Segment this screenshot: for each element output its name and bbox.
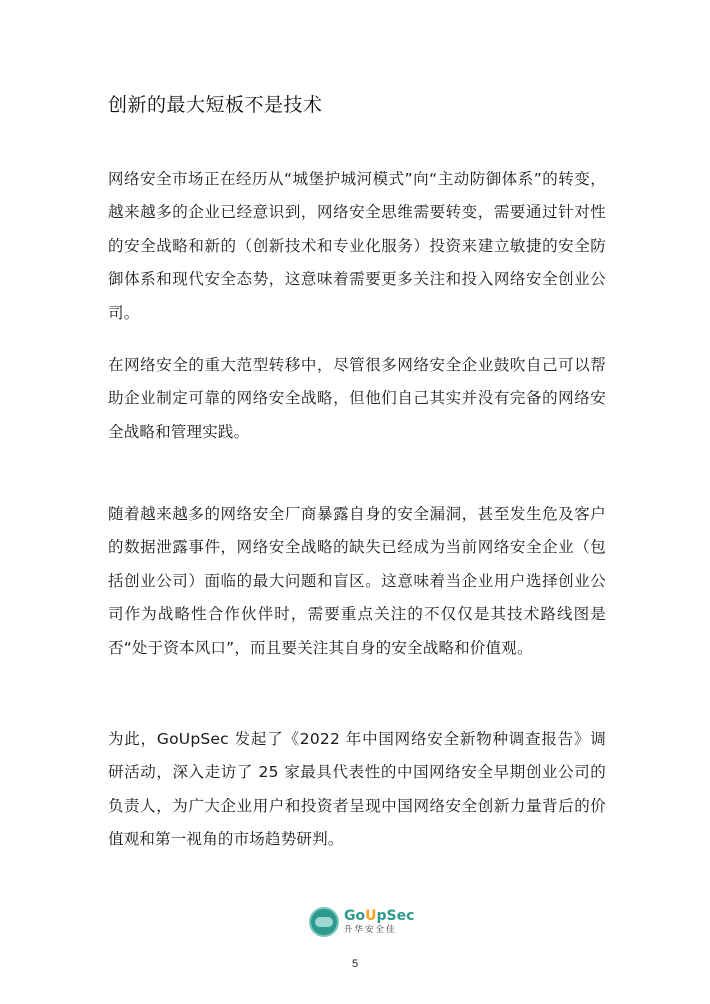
logo-text: GoUpSec 升华安全佳 [344,909,414,935]
logo-name-suffix: pSec [376,908,414,924]
paragraph-2: 在网络安全的重大范型转移中，尽管很多网络安全企业鼓吹自己可以帮助企业制定可靠的网… [108,349,606,449]
logo-name-highlight: U [365,908,376,924]
document-page: 创新的最大短板不是技术 网络安全市场正在经历从“城堡护城河模式”向“主动防御体系… [0,0,710,1004]
badge-seal-inner [315,917,333,927]
logo-subtitle: 升华安全佳 [344,926,414,935]
paragraph-1: 网络安全市场正在经历从“城堡护城河模式”向“主动防御体系”的转变，越来越多的企业… [108,163,606,330]
badge-seal-icon [309,907,339,937]
paragraph-3: 随着越来越多的网络安全厂商暴露自身的安全漏洞，甚至发生危及客户的数据泄露事件，网… [108,498,606,665]
logo-name-prefix: Go [344,908,365,924]
goupsec-logo: GoUpSec 升华安全佳 [309,907,414,937]
paragraph-4: 为此，GoUpSec 发起了《2022 年中国网络安全新物种调查报告》调研活动，… [108,723,606,857]
logo-name: GoUpSec [344,909,414,923]
section-heading: 创新的最大短板不是技术 [108,90,323,117]
page-number: 5 [0,958,710,970]
